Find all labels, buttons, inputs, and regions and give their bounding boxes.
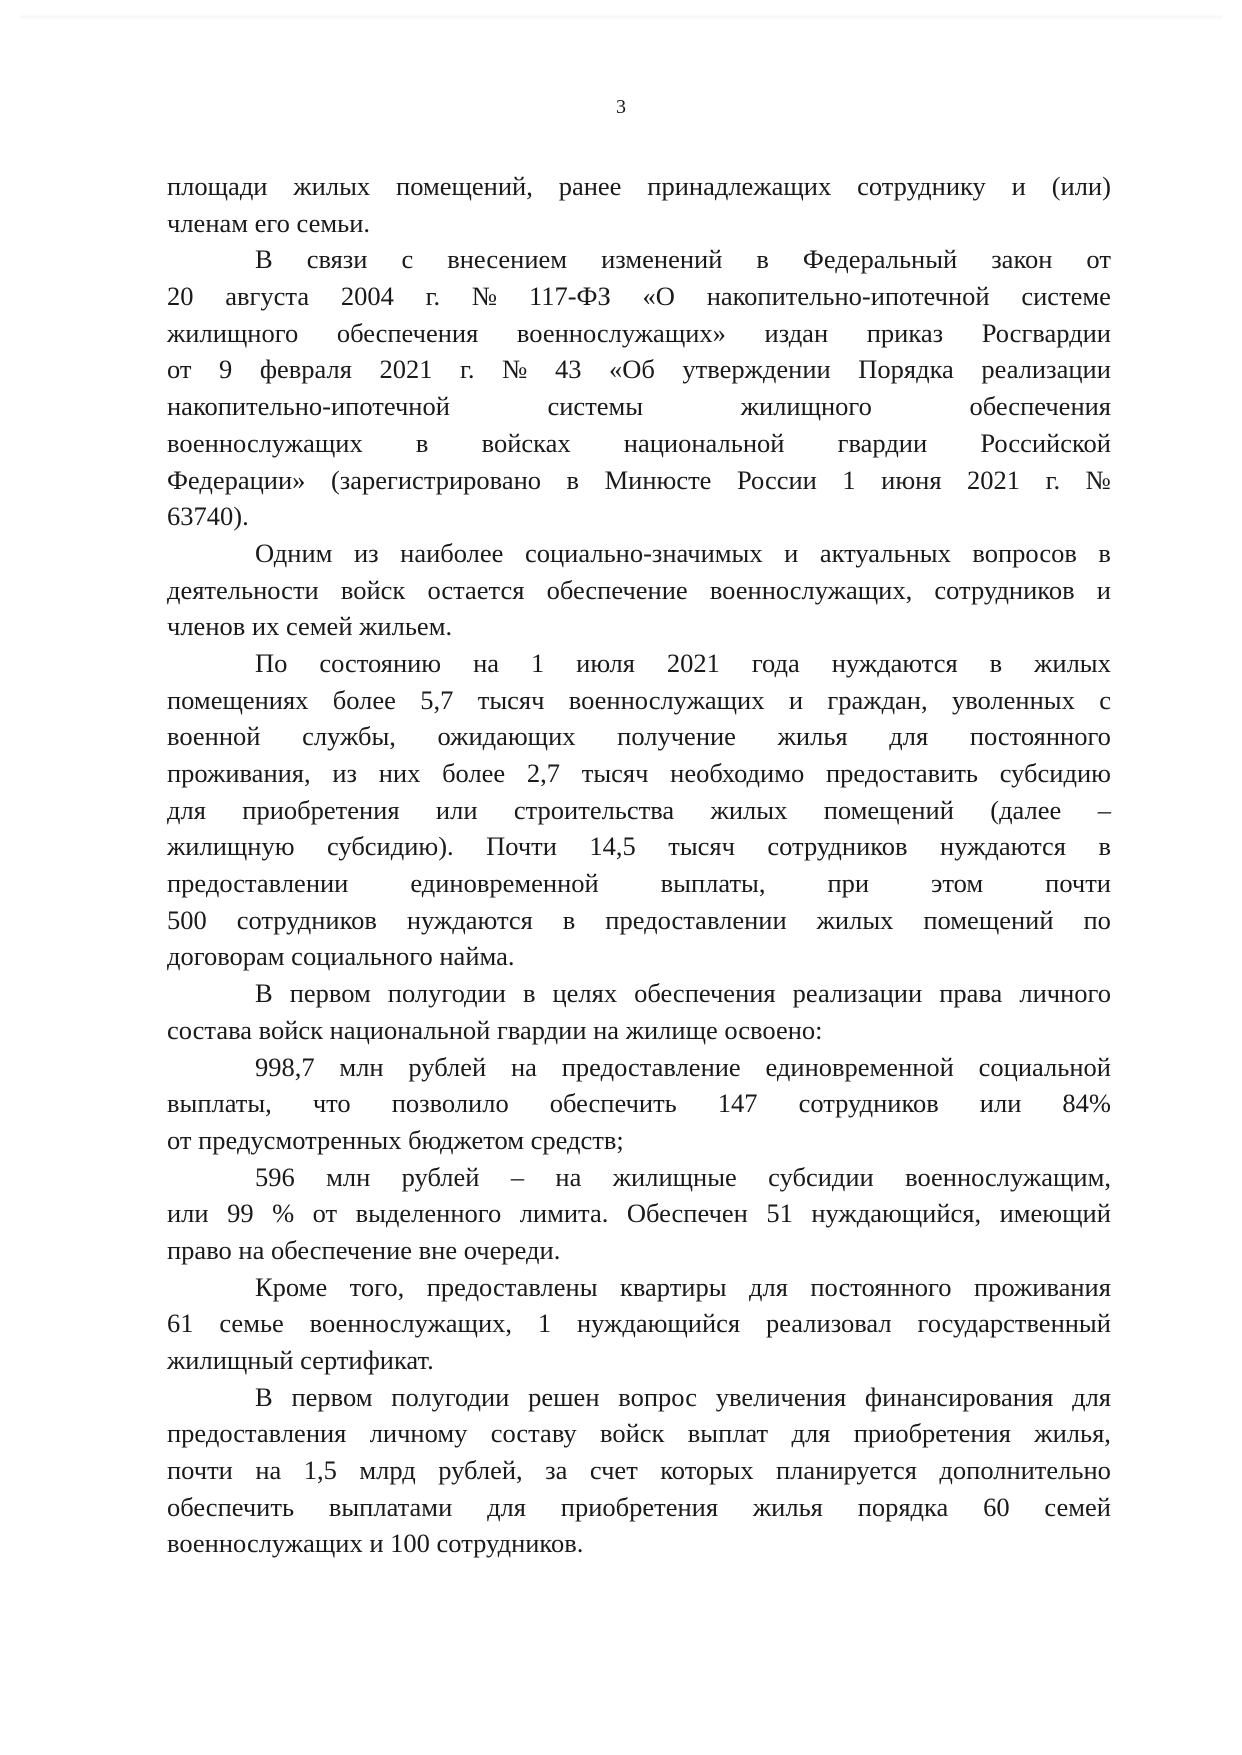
text-line: право на обеспечение вне очереди. [167,1232,1111,1269]
paragraph: ВсвязисвнесениемизмененийвФедеральныйзак… [167,241,1111,535]
text-line: площадижилыхпомещений,ранеепринадлежащих… [167,168,1111,205]
text-line: жилищногообеспечениявоеннослужащих»издан… [167,315,1111,352]
text-line: Федерации»(зарегистрировановМинюстеРосси… [167,462,1111,499]
text-line: предоставленииединовременнойвыплаты,приэ… [167,865,1111,902]
paragraph: 596млнрублей–нажилищныесубсидиивоеннослу… [167,1159,1111,1269]
text-line: проживания,изнихболее2,7тысячнеобходимоп… [167,755,1111,792]
paragraph: Крометого,предоставленыквартирыдляпостоя… [167,1269,1111,1379]
text-line: 20августа2004г.№117-ФЗ«Онакопительно-ипо… [167,278,1111,315]
scan-edge-artifact [20,14,1222,20]
text-line: 998,7млнрублейнапредоставлениеединовреме… [167,1049,1111,1086]
text-line: 500сотрудниковнуждаютсявпредоставлениижи… [167,902,1111,939]
text-line: почтина1,5млрдрублей,засчеткоторыхпланир… [167,1452,1111,1489]
text-line: жилищнуюсубсидию).Почти14,5тысячсотрудни… [167,828,1111,865]
text-line: 63740). [167,498,1111,535]
text-line: помещенияхболее5,7тысячвоеннослужащихигр… [167,682,1111,719]
text-line: дляприобретенияилистроительстважилыхпоме… [167,792,1111,829]
page-number: 3 [0,96,1242,119]
document-body: площадижилыхпомещений,ранеепринадлежащих… [167,168,1111,1562]
text-line: 596млнрублей–нажилищныесубсидиивоеннослу… [167,1159,1111,1196]
text-line: Однимизнаиболеесоциально-значимыхиактуал… [167,535,1111,572]
text-line: или99%отвыделенноголимита.Обеспечен51нуж… [167,1195,1111,1232]
text-line: Впервомполугодиивцеляхобеспеченияреализа… [167,975,1111,1012]
text-line: Посостояниюна1июля2021годануждаютсявжилы… [167,645,1111,682]
text-line: Впервомполугодиирешенвопросувеличенияфин… [167,1379,1111,1416]
text-line: членам его семьи. [167,205,1111,242]
text-line: военнослужащихввойскахнациональнойгварди… [167,425,1111,462]
text-line: предоставленияличномусоставувойсквыплатд… [167,1415,1111,1452]
text-line: обеспечитьвыплатамидляприобретенияжильяп… [167,1489,1111,1526]
text-line: состава войск национальной гвардии на жи… [167,1012,1111,1049]
paragraph: Посостояниюна1июля2021годануждаютсявжилы… [167,645,1111,975]
text-line: ВсвязисвнесениемизмененийвФедеральныйзак… [167,241,1111,278]
text-line: 61семьевоеннослужащих,1нуждающийсяреализ… [167,1305,1111,1342]
text-line: деятельностивойскостаетсяобеспечениевоен… [167,572,1111,609]
text-line: жилищный сертификат. [167,1342,1111,1379]
text-line: членов их семей жильем. [167,608,1111,645]
text-line: военнослужащих и 100 сотрудников. [167,1525,1111,1562]
text-line: выплаты,чтопозволилообеспечить147сотрудн… [167,1085,1111,1122]
text-line: договорам социального найма. [167,938,1111,975]
text-line: накопительно-ипотечнойсистемыжилищногооб… [167,388,1111,425]
text-line: от предусмотренных бюджетом средств; [167,1122,1111,1159]
paragraph: площадижилыхпомещений,ранеепринадлежащих… [167,168,1111,241]
paragraph: Впервомполугодиивцеляхобеспеченияреализа… [167,975,1111,1048]
paragraph: Впервомполугодиирешенвопросувеличенияфин… [167,1379,1111,1562]
paragraph: 998,7млнрублейнапредоставлениеединовреме… [167,1049,1111,1159]
text-line: от9февраля2021г.№43«ОбутвержденииПорядка… [167,351,1111,388]
paragraph: Однимизнаиболеесоциально-значимыхиактуал… [167,535,1111,645]
text-line: военнойслужбы,ожидающихполучениежильядля… [167,718,1111,755]
text-line: Крометого,предоставленыквартирыдляпостоя… [167,1269,1111,1306]
